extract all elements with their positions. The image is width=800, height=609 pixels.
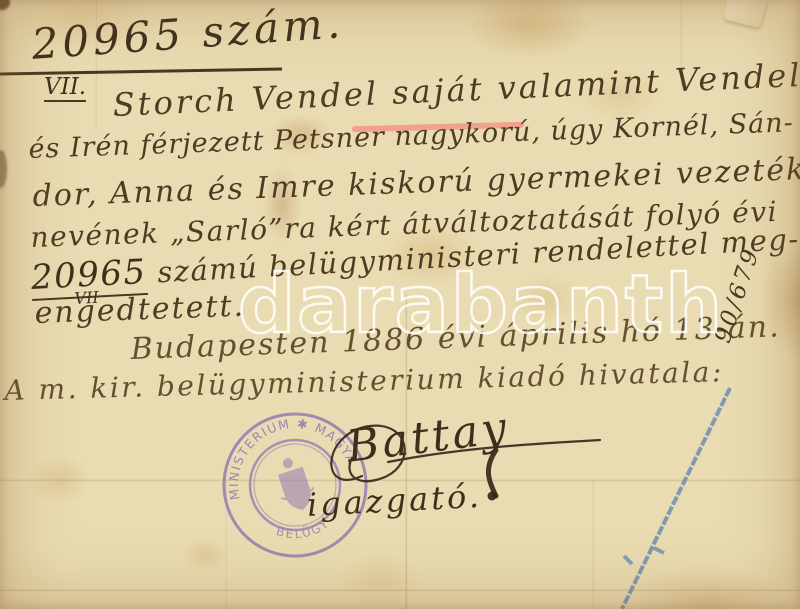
body-line-6: engedtetett.: [34, 289, 246, 331]
document-scan: 20965 szám. VII. Storch Vendel saját val…: [0, 0, 800, 609]
document-number: 20965 szám.: [30, 0, 346, 69]
fold-crease-horizontal-2: [0, 589, 800, 592]
section-mark: VII.: [44, 74, 86, 102]
document-number-underline: [0, 68, 282, 75]
corner-stain-topleft: [0, 0, 10, 10]
paper-fold-notch: [723, 0, 767, 28]
edge-stain-left: [0, 150, 7, 188]
